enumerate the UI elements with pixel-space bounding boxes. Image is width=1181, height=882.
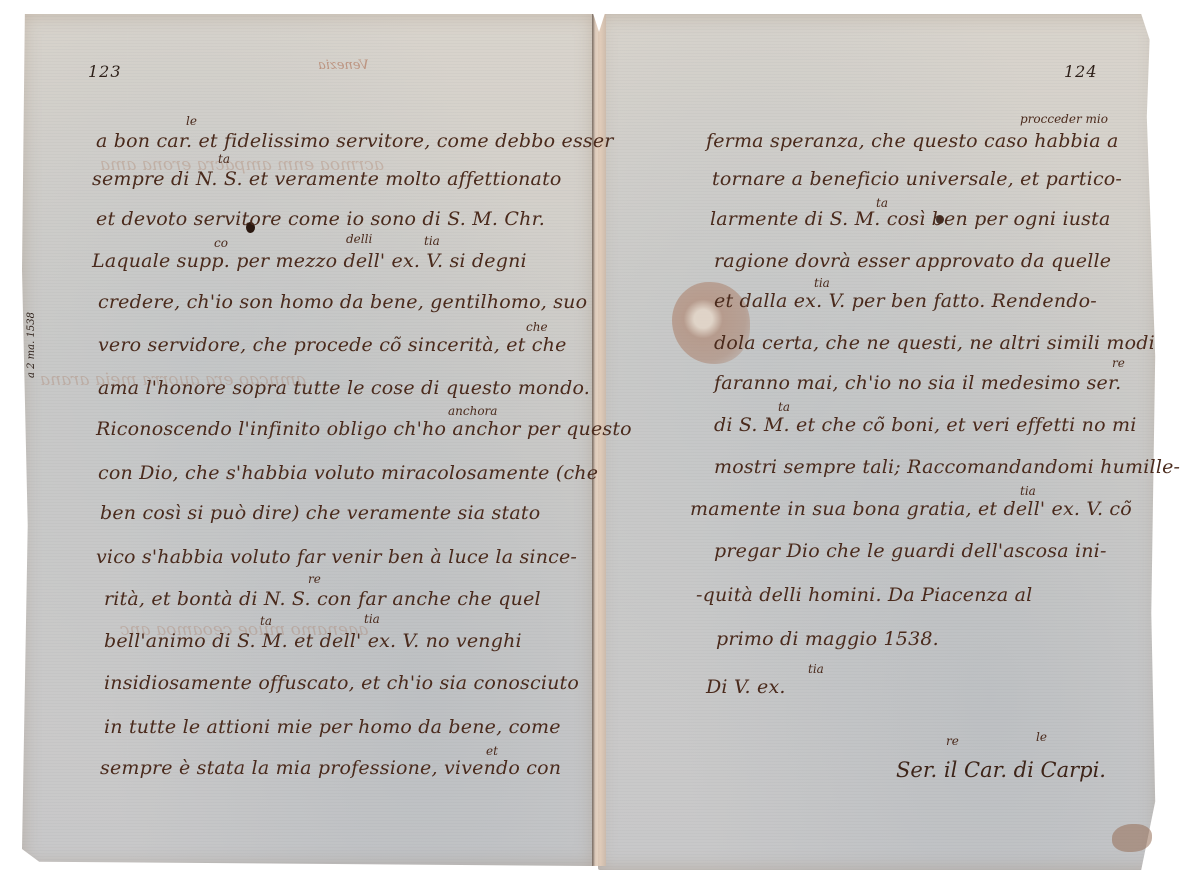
text-line: credere, ch'io son homo da bene, gentilh… — [98, 291, 587, 313]
superscript-abbrev: delli — [346, 232, 372, 246]
folio-number-left: 123 — [88, 62, 122, 81]
superscript-abbrev: re — [1112, 356, 1125, 370]
folio-number-right: 124 — [1064, 62, 1098, 81]
text-line: pregar Dio che le guardi dell'ascosa ini… — [714, 540, 1107, 562]
superscript-abbrev: le — [1036, 730, 1047, 744]
superscript-abbrev: che — [526, 320, 548, 334]
text-line: bell'animo di S. M. et dell' ex. V. no v… — [104, 630, 522, 652]
text-line: mamente in sua bona gratia, et dell' ex.… — [690, 498, 1132, 520]
text-line: ama l'honore sopra tutte le cose di ques… — [98, 377, 590, 399]
text-line: ferma speranza, che questo caso habbia a — [706, 130, 1119, 152]
superscript-abbrev: ta — [876, 196, 888, 210]
text-line: con Dio, che s'habbia voluto miracolosam… — [98, 462, 598, 484]
corner-stain — [1112, 824, 1152, 852]
superscript-abbrev: tia — [814, 276, 830, 290]
superscript-abbrev: procceder mio — [1020, 112, 1108, 126]
superscript-abbrev: tia — [808, 662, 824, 676]
text-line: rità, et bontà di N. S. con far anche ch… — [104, 588, 541, 610]
text-line: larmente di S. M. così ben per ogni iust… — [710, 208, 1110, 230]
text-line: et dalla ex. V. per ben fatto. Rendendo- — [714, 290, 1097, 312]
superscript-abbrev: tia — [424, 234, 440, 248]
text-line: primo di maggio 1538. — [716, 628, 939, 650]
text-line: -quità delli homini. Da Piacenza al — [696, 584, 1032, 606]
superscript-abbrev: tia — [1020, 484, 1036, 498]
superscript-abbrev: ta — [218, 152, 230, 166]
text-line: insidiosamente offuscato, et ch'io sia c… — [104, 672, 579, 694]
closing-salutation: Di V. ex. — [706, 676, 786, 698]
text-line: in tutte le attioni mie per homo da bene… — [104, 716, 561, 738]
superscript-abbrev: ta — [778, 400, 790, 414]
superscript-abbrev: re — [308, 572, 321, 586]
text-line: sempre è stata la mia professione, viven… — [100, 757, 561, 779]
superscript-abbrev: le — [186, 114, 197, 128]
text-line: tornare a beneficio universale, et parti… — [712, 168, 1122, 190]
text-line: Laquale supp. per mezzo dell' ex. V. si … — [92, 250, 527, 272]
text-line: vico s'habbia voluto far venir ben à luc… — [96, 546, 577, 568]
text-line: et devoto servitore come io sono di S. M… — [96, 208, 545, 230]
text-line: faranno mai, ch'io no sia il medesimo se… — [714, 372, 1121, 394]
superscript-abbrev: et — [486, 744, 498, 758]
superscript-abbrev: tia — [364, 612, 380, 626]
superscript-abbrev: co — [214, 236, 228, 250]
superscript-abbrev: ta — [260, 614, 272, 628]
superscript-abbrev: re — [946, 734, 959, 748]
text-line: ragione dovrà esser approvato da quelle — [714, 250, 1111, 272]
superscript-abbrev: anchora — [448, 404, 497, 418]
text-line: vero servidore, che procede cõ sincerità… — [98, 334, 567, 356]
text-line: sempre di N. S. et veramente molto affet… — [92, 168, 562, 190]
text-line: Riconoscendo l'infinito obligo ch'ho anc… — [96, 418, 632, 440]
signature: Ser. il Car. di Carpi. — [896, 758, 1106, 782]
text-line: di S. M. et che cõ boni, et veri effetti… — [714, 414, 1136, 436]
faded-heading: Venezia — [318, 58, 369, 73]
margin-note: a 2 ma. 1538 — [26, 312, 37, 378]
text-line: dola certa, che ne questi, ne altri simi… — [714, 332, 1155, 354]
text-line: ben così si può dire) che veramente sia … — [100, 502, 540, 524]
text-line: mostri sempre tali; Raccomandandomi humi… — [714, 456, 1180, 478]
text-line: a bon car. et fidelissimo servitore, com… — [96, 130, 614, 152]
